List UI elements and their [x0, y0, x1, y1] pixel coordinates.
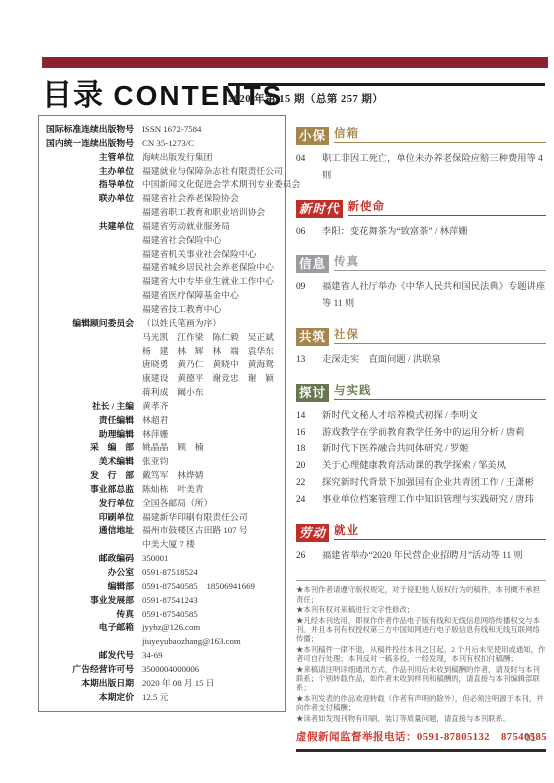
masthead-row: 美术编辑张亚钧 — [39, 455, 283, 469]
masthead-row: 蒋利成 阚小东 — [39, 386, 283, 400]
masthead-value: 马光凯 江作梁 陈仁毅 吴正斌 — [142, 331, 274, 345]
masthead-value: 福建省社会保险中心 — [142, 234, 221, 248]
masthead-label: 国内统一连续出版物号 — [39, 137, 134, 151]
masthead-value: 全国各邮局（所） — [142, 497, 212, 511]
section-underline: 与实践 — [334, 381, 546, 400]
toc-item: 06李阳：变花舞茶为“致富茶” / 林萍姗 — [296, 224, 546, 241]
masthead-value: 0591-87518524 — [142, 566, 198, 580]
masthead-value: 福建省大中专毕业生就业工作中心 — [142, 275, 274, 289]
masthead-label: 发行单位 — [39, 497, 134, 511]
masthead-label — [39, 206, 134, 220]
masthead-label: 事业部总监 — [39, 483, 134, 497]
toc-item: 14新时代文秘人才培养模式初探 / 李明文 — [296, 408, 546, 425]
masthead-row: 社长 / 主编黄孝齐 — [39, 400, 283, 414]
masthead-row: 邮发代号34-69 — [39, 649, 283, 663]
notice-bullet: ★读者如发现刊物有印刷、装订等质量问题，请直接与本刊联系。 — [296, 714, 546, 723]
masthead-row: 广告经营许可号3500004000006 — [39, 663, 283, 677]
notice-bullet: ★本刊有权对来稿进行文字性修改； — [296, 605, 546, 614]
section-subtitle: 传真 — [334, 256, 359, 268]
masthead-label: 邮发代号 — [39, 649, 134, 663]
masthead-label — [39, 289, 134, 303]
toc-section: 劳动就业26福建省举办“2020 年民营企业招聘月”活动等 11 则 — [296, 521, 546, 565]
page-title-cn: 目录 — [42, 79, 104, 112]
masthead-value: 林萍姗 — [142, 428, 168, 442]
masthead-row: 事业部总监陈灿栋 叶美青 — [39, 483, 283, 497]
masthead-label: 主管单位 — [39, 151, 134, 165]
masthead-label — [39, 345, 134, 359]
masthead-value: 0591-87541243 — [142, 594, 198, 608]
masthead-label: 编辑部 — [39, 580, 134, 594]
masthead-row: 福建省城乡居民社会养老保险中心 — [39, 261, 283, 275]
masthead-label: 事业发展部 — [39, 594, 134, 608]
masthead-label: 美术编辑 — [39, 455, 134, 469]
masthead-row: 福建省机关事业社会保险中心 — [39, 248, 283, 262]
toc-item-title: 李阳：变花舞茶为“致富茶” / 林萍姗 — [322, 224, 546, 241]
masthead-value: 3500004000006 — [142, 663, 199, 677]
masthead-label — [39, 275, 134, 289]
toc-item-title: 新时代下医养融合共同体研究 / 罗姬 — [322, 441, 546, 458]
masthead-value: 福建省劳动就业服务局 — [142, 220, 230, 234]
toc-item: 24事业单位档案管理工作中知识管理与实践研究 / 唐玮 — [296, 492, 546, 509]
masthead-row: 邮政编码350001 — [39, 552, 283, 566]
masthead-row: 联办单位福建省社会养老保险协会 — [39, 192, 283, 206]
masthead-value: 蒋利成 阚小东 — [142, 386, 204, 400]
masthead-row: 通信地址福州市鼓楼区古田路 107 号 — [39, 524, 283, 538]
toc-item-page: 16 — [296, 425, 322, 442]
section-underline: 信箱 — [334, 124, 546, 143]
masthead-label: 采 编 部 — [39, 441, 134, 455]
section-badge: 小保 — [296, 127, 329, 145]
section-underline: 传真 — [334, 252, 546, 271]
masthead-value: （以姓氏笔画为序） — [142, 317, 221, 331]
masthead-row: 中美大厦 7 楼 — [39, 538, 283, 552]
masthead-value: 张亚钧 — [142, 455, 168, 469]
masthead-row: 指导单位中国新闻文化促进会学术期刊专业委员会 — [39, 178, 283, 192]
toc-item-page: 24 — [296, 492, 322, 509]
masthead-row: 福建省技工教育中心 — [39, 303, 283, 317]
masthead-row: jiuyeyubaozhang@163.com — [39, 635, 283, 649]
contents-column: 小保信箱04职工非因工死亡，单位未办养老保险应赔三种费用等 4 则新时代新使命0… — [296, 0, 546, 752]
section-header: 探讨与实践 — [296, 381, 546, 402]
masthead-row: 福建省大中专毕业生就业工作中心 — [39, 275, 283, 289]
toc-item-page: 06 — [296, 224, 322, 241]
toc-item-page: 04 — [296, 151, 322, 185]
masthead-value: 姚晶晶 顾 楠 — [142, 441, 204, 455]
section-subtitle: 就业 — [334, 525, 359, 537]
section-header: 信息传真 — [296, 252, 546, 273]
masthead-value: 福建省机关事业社会保险中心 — [142, 248, 256, 262]
notice-bullet: ★凡经本刊选用，即视作作者作品电子版有线和无线信息网络传播权交与本刊。并且本刊有… — [296, 616, 546, 644]
section-header: 新时代新使命 — [296, 197, 546, 218]
masthead-row: 责任编辑林超君 — [39, 414, 283, 428]
masthead-label: 共建单位 — [39, 220, 134, 234]
notice-bullet: ★本刊作者请遵守版权规定，对于侵犯他人版权行为的稿件，本刊概不承担责任； — [296, 585, 546, 604]
masthead-row: 采 编 部姚晶晶 顾 楠 — [39, 441, 283, 455]
toc-item-page: 09 — [296, 279, 322, 313]
masthead-value: 福建省职工教育和职业培训协会 — [142, 206, 265, 220]
masthead-label: 责任编辑 — [39, 414, 134, 428]
masthead-value: 福建新华印刷有限责任公司 — [142, 511, 248, 525]
bottom-rule — [296, 749, 546, 752]
masthead-label: 编辑顾问委员会 — [39, 317, 134, 331]
masthead-label — [39, 386, 134, 400]
masthead-row: 办公室0591-87518524 — [39, 566, 283, 580]
masthead-label: 联办单位 — [39, 192, 134, 206]
masthead-value: jyybz@126.com — [142, 621, 200, 635]
toc-item-page: 26 — [296, 548, 322, 565]
toc-item-title: 福建省举办“2020 年民营企业招聘月”活动等 11 则 — [322, 548, 546, 565]
masthead-value: ISSN 1672-7584 — [142, 123, 201, 137]
page-number: 01 — [525, 733, 536, 744]
masthead-label — [39, 234, 134, 248]
masthead-label — [39, 358, 134, 372]
masthead-row: 共建单位福建省劳动就业服务局 — [39, 220, 283, 234]
masthead-row: 电子邮箱jyybz@126.com — [39, 621, 283, 635]
notice-bullet: ★来稿请注明详细通讯方式，作品刊用后未收到稿酬的作者，请及时与本刊联系；个别转载… — [296, 665, 546, 693]
masthead-row: 助理编辑林萍姗 — [39, 428, 283, 442]
masthead-value: 海峡出版发行集团 — [142, 151, 212, 165]
masthead-row: 传真0591-87540585 — [39, 608, 283, 622]
toc-item-title: 关于心理健康教育活动课的教学探索 / 邹美凤 — [322, 458, 546, 475]
notice-bullet: ★本刊稿件一律不退，从稿件投往本刊之日起，2 个月后未见使用或通知，作者可自行处… — [296, 645, 546, 664]
masthead-row: 事业发展部0591-87541243 — [39, 594, 283, 608]
masthead-label: 本期定价 — [39, 691, 134, 705]
masthead-label: 传真 — [39, 608, 134, 622]
masthead-value: CN 35-1273/C — [142, 137, 194, 151]
toc-item-page: 18 — [296, 441, 322, 458]
notice-bullet: ★本刊发表的作品欢迎转载（作者有声明的除外），但必须注明源于本刊，并向作者支付稿… — [296, 694, 546, 713]
masthead-row: 福建省医疗保障基金中心 — [39, 289, 283, 303]
section-header: 劳动就业 — [296, 521, 546, 542]
masthead-label: 主办单位 — [39, 165, 134, 179]
masthead-row: 印刷单位福建新华印刷有限责任公司 — [39, 511, 283, 525]
toc-item: 18新时代下医养融合共同体研究 / 罗姬 — [296, 441, 546, 458]
masthead-value: 杨 建 林 辉 林 端 袁华东 — [142, 345, 274, 359]
toc-item-title: 新时代文秘人才培养模式初探 / 李明文 — [322, 408, 546, 425]
masthead-value: jiuyeyubaozhang@163.com — [142, 635, 241, 649]
masthead-label — [39, 538, 134, 552]
masthead-label: 办公室 — [39, 566, 134, 580]
section-badge: 新时代 — [296, 200, 343, 218]
section-header: 共筑社保 — [296, 325, 546, 346]
masthead-value: 中美大厦 7 楼 — [142, 538, 195, 552]
masthead-value: 12.5 元 — [142, 691, 168, 705]
masthead-value: 福州市鼓楼区古田路 107 号 — [142, 524, 248, 538]
section-badge: 探讨 — [296, 384, 329, 402]
masthead-row: 发 行 部戴笃军 林烨婧 — [39, 469, 283, 483]
masthead-row: 编辑部0591-87540585 18506941669 — [39, 580, 283, 594]
masthead-box: 国际标准连续出版物号ISSN 1672-7584国内统一连续出版物号CN 35-… — [38, 115, 286, 712]
toc-item-title: 走深走实 直面问题 / 洪联泉 — [322, 352, 546, 369]
masthead-row: 福建省社会保险中心 — [39, 234, 283, 248]
masthead-label: 电子邮箱 — [39, 621, 134, 635]
sections: 小保信箱04职工非因工死亡，单位未办养老保险应赔三种费用等 4 则新时代新使命0… — [296, 124, 546, 564]
masthead-label — [39, 331, 134, 345]
section-subtitle: 社保 — [334, 329, 359, 341]
masthead-row: 主管单位海峡出版发行集团 — [39, 151, 283, 165]
masthead-value: 2020 年 08 月 15 日 — [142, 677, 215, 691]
masthead-label: 助理编辑 — [39, 428, 134, 442]
masthead-label: 通信地址 — [39, 524, 134, 538]
section-badge: 信息 — [296, 255, 329, 273]
toc-item-page: 22 — [296, 475, 322, 492]
toc-item: 16游戏教学在学前教育教学任务中的运用分析 / 唐莉 — [296, 425, 546, 442]
masthead-label — [39, 635, 134, 649]
toc-item: 20关于心理健康教育活动课的教学探索 / 邹美凤 — [296, 458, 546, 475]
masthead-row: 马光凯 江作梁 陈仁毅 吴正斌 — [39, 331, 283, 345]
section-subtitle: 新使命 — [348, 201, 386, 213]
masthead-value: 唐晓勇 黄乃仁 黄晓中 黄海鸳 — [142, 358, 274, 372]
section-subtitle: 信箱 — [334, 128, 359, 140]
masthead-value: 福建省社会养老保险协会 — [142, 192, 239, 206]
toc-section: 探讨与实践14新时代文秘人才培养模式初探 / 李明文16游戏教学在学前教育教学任… — [296, 381, 546, 509]
masthead-value: 林超君 — [142, 414, 168, 428]
toc-section: 新时代新使命06李阳：变花舞茶为“致富茶” / 林萍姗 — [296, 197, 546, 241]
masthead-label: 社长 / 主编 — [39, 400, 134, 414]
masthead-row: 杨 建 林 辉 林 端 袁华东 — [39, 345, 283, 359]
masthead-label — [39, 303, 134, 317]
notice: ★本刊作者请遵守版权规定，对于侵犯他人版权行为的稿件，本刊概不承担责任；★本刊有… — [296, 585, 546, 723]
masthead-rows: 国际标准连续出版物号ISSN 1672-7584国内统一连续出版物号CN 35-… — [39, 123, 283, 704]
masthead-value: 0591-87540585 18506941669 — [142, 580, 255, 594]
masthead-value: 黄孝齐 — [142, 400, 168, 414]
masthead-row: 福建省职工教育和职业培训协会 — [39, 206, 283, 220]
masthead-row: 本期出版日期2020 年 08 月 15 日 — [39, 677, 283, 691]
masthead-row: 编辑顾问委员会（以姓氏笔画为序） — [39, 317, 283, 331]
masthead-row: 康建设 黄德平 谢竞忠 谢 颖 — [39, 372, 283, 386]
notice-separator — [296, 580, 546, 581]
toc-item-page: 13 — [296, 352, 322, 369]
masthead-value: 福建省技工教育中心 — [142, 303, 221, 317]
masthead-label: 本期出版日期 — [39, 677, 134, 691]
section-subtitle: 与实践 — [334, 385, 372, 397]
masthead-label — [39, 372, 134, 386]
section-underline: 新使命 — [348, 197, 546, 216]
masthead-value: 福建省城乡居民社会养老保险中心 — [142, 261, 274, 275]
masthead-value: 中国新闻文化促进会学术期刊专业委员会 — [142, 178, 300, 192]
toc-section: 信息传真09福建省人社厅举办《中华人民共和国民法典》专题讲座 等 11 则 — [296, 252, 546, 313]
masthead-value: 康建设 黄德平 谢竞忠 谢 颖 — [142, 372, 274, 386]
masthead-row: 国际标准连续出版物号ISSN 1672-7584 — [39, 123, 283, 137]
toc-item: 13走深走实 直面问题 / 洪联泉 — [296, 352, 546, 369]
masthead-row: 国内统一连续出版物号CN 35-1273/C — [39, 137, 283, 151]
masthead-label: 印刷单位 — [39, 511, 134, 525]
masthead-value: 陈灿栋 叶美青 — [142, 483, 204, 497]
section-header: 小保信箱 — [296, 124, 546, 145]
masthead-value: 福建省医疗保障基金中心 — [142, 289, 239, 303]
toc-section: 共筑社保13走深走实 直面问题 / 洪联泉 — [296, 325, 546, 369]
masthead-label: 指导单位 — [39, 178, 134, 192]
masthead-label — [39, 261, 134, 275]
masthead-value: 34-69 — [142, 649, 163, 663]
masthead-label: 广告经营许可号 — [39, 663, 134, 677]
toc-item-page: 20 — [296, 458, 322, 475]
masthead-row: 主办单位福建就业与保障杂志社有限责任公司 — [39, 165, 283, 179]
toc-item: 09福建省人社厅举办《中华人民共和国民法典》专题讲座 等 11 则 — [296, 279, 546, 313]
toc-item-title: 福建省人社厅举办《中华人民共和国民法典》专题讲座 等 11 则 — [322, 279, 546, 313]
toc-item: 22探究新时代背景下加强国有企业共青团工作 / 王潇彬 — [296, 475, 546, 492]
masthead-value: 戴笃军 林烨婧 — [142, 469, 204, 483]
section-underline: 社保 — [334, 325, 546, 344]
toc-item: 04职工非因工死亡，单位未办养老保险应赔三种费用等 4 则 — [296, 151, 546, 185]
hotline: 虚假新闻监督举报电话：0591-87805132 87540585 — [296, 729, 546, 744]
masthead-value: 0591-87540585 — [142, 608, 198, 622]
masthead-label: 发 行 部 — [39, 469, 134, 483]
magazine-toc-page: 目录 CONTENTS 2020 年第 15 期（总第 257 期） 国际标准连… — [0, 0, 554, 783]
toc-item-title: 事业单位档案管理工作中知识管理与实践研究 / 唐玮 — [322, 492, 546, 509]
masthead-label: 邮政编码 — [39, 552, 134, 566]
masthead-label: 国际标准连续出版物号 — [39, 123, 134, 137]
section-underline: 就业 — [334, 521, 546, 540]
section-badge: 共筑 — [296, 328, 329, 346]
masthead-value: 福建就业与保障杂志社有限责任公司 — [142, 165, 283, 179]
masthead-row: 唐晓勇 黄乃仁 黄晓中 黄海鸳 — [39, 358, 283, 372]
toc-item: 26福建省举办“2020 年民营企业招聘月”活动等 11 则 — [296, 548, 546, 565]
toc-item-title: 探究新时代背景下加强国有企业共青团工作 / 王潇彬 — [322, 475, 546, 492]
toc-item-page: 14 — [296, 408, 322, 425]
toc-item-title: 职工非因工死亡，单位未办养老保险应赔三种费用等 4 则 — [322, 151, 546, 185]
toc-item-title: 游戏教学在学前教育教学任务中的运用分析 / 唐莉 — [322, 425, 546, 442]
masthead-label — [39, 248, 134, 262]
toc-section: 小保信箱04职工非因工死亡，单位未办养老保险应赔三种费用等 4 则 — [296, 124, 546, 185]
masthead-row: 发行单位全国各邮局（所） — [39, 497, 283, 511]
masthead-value: 350001 — [142, 552, 168, 566]
section-badge: 劳动 — [296, 524, 329, 542]
masthead-row: 本期定价12.5 元 — [39, 691, 283, 705]
